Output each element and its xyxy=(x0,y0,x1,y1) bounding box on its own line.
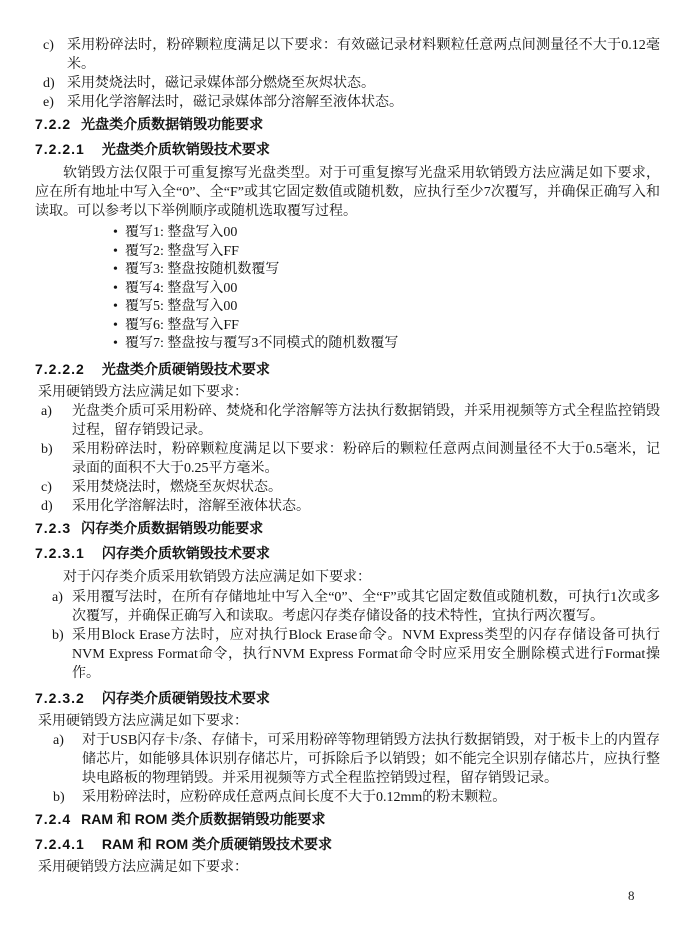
list-item-text: 对于USB闪存卡/条、存储卡，可采用粉碎等物理销毁方法执行数据销毁，对于板卡上的… xyxy=(82,731,660,788)
section-heading-7-2-2: 7.2.2 光盘类介质数据销毁功能要求 xyxy=(35,115,660,134)
optical-hard-destroy-list: a) 光盘类介质可采用粉碎、焚烧和化学溶解等方法执行数据销毁，并采用视频等方式全… xyxy=(35,402,660,516)
list-item: d) 采用焚烧法时，磁记录媒体部分燃烧至灰烬状态。 xyxy=(35,74,660,93)
intro-line-7-2-2-2: 采用硬销毁方法应满足如下要求： xyxy=(38,383,660,402)
list-item-text: 采用焚烧法时，磁记录媒体部分燃烧至灰烬状态。 xyxy=(67,74,660,93)
list-item: b) 采用Block Erase方法时，应对执行Block Erase命令。NV… xyxy=(35,626,660,683)
heading-number: 7.2.3.2 xyxy=(35,689,85,708)
list-item-text: 采用粉碎法时，粉碎颗粒度满足以下要求：粉碎后的颗粒任意两点间测量径不大于0.5毫… xyxy=(72,440,660,478)
list-item: a) 光盘类介质可采用粉碎、焚烧和化学溶解等方法执行数据销毁，并采用视频等方式全… xyxy=(35,402,660,440)
list-item-label: e) xyxy=(43,93,67,112)
list-item: e) 采用化学溶解法时，磁记录媒体部分溶解至液体状态。 xyxy=(35,93,660,112)
list-item-text: 采用覆写法时，在所有存储地址中写入全“0”、全“F”或其它固定数值或随机数，可执… xyxy=(72,588,660,626)
heading-number: 7.2.4 xyxy=(35,810,71,829)
overwrite-step: 覆写4: 整盘写入00 xyxy=(113,280,660,299)
list-item-label: d) xyxy=(43,74,67,93)
section-heading-7-2-2-1: 7.2.2.1 光盘类介质软销毁技术要求 xyxy=(35,140,660,159)
section-heading-7-2-3-1: 7.2.3.1 闪存类介质软销毁技术要求 xyxy=(35,544,660,563)
list-item-label: b) xyxy=(53,788,82,807)
overwrite-step-text: 覆写5: 整盘写入00 xyxy=(125,298,237,317)
list-item-label: a) xyxy=(53,731,82,788)
heading-title: 光盘类介质数据销毁功能要求 xyxy=(81,115,263,134)
list-item-text: 采用粉碎法时，应粉碎成任意两点间长度不大于0.12mm的粉末颗粒。 xyxy=(82,788,660,807)
heading-title: RAM 和 ROM 类介质硬销毁技术要求 xyxy=(102,835,332,854)
list-item-text: 采用Block Erase方法时，应对执行Block Erase命令。NVM E… xyxy=(72,626,660,683)
overwrite-step: 覆写1: 整盘写入00 xyxy=(113,224,660,243)
heading-title: 闪存类介质数据销毁功能要求 xyxy=(81,519,263,538)
heading-title: RAM 和 ROM 类介质数据销毁功能要求 xyxy=(81,810,325,829)
heading-number: 7.2.2.1 xyxy=(35,140,85,159)
heading-title: 闪存类介质硬销毁技术要求 xyxy=(102,689,270,708)
magnetic-media-list: c) 采用粉碎法时，粉碎颗粒度满足以下要求：有效磁记录材料颗粒任意两点间测量径不… xyxy=(35,36,660,112)
list-item: b) 采用粉碎法时，粉碎颗粒度满足以下要求：粉碎后的颗粒任意两点间测量径不大于0… xyxy=(35,440,660,478)
paragraph-soft-destroy-optical: 软销毁方法仅限于可重复擦写光盘类型。对于可重复擦写光盘采用软销毁方法应满足如下要… xyxy=(35,164,660,221)
heading-number: 7.2.2.2 xyxy=(35,360,85,379)
document-content: c) 采用粉碎法时，粉碎颗粒度满足以下要求：有效磁记录材料颗粒任意两点间测量径不… xyxy=(35,36,660,877)
list-item-label: a) xyxy=(41,402,72,440)
overwrite-step-text: 覆写3: 整盘按随机数覆写 xyxy=(125,261,279,280)
overwrite-step-text: 覆写2: 整盘写入FF xyxy=(125,243,239,262)
list-item-label: c) xyxy=(41,478,72,497)
section-heading-7-2-2-2: 7.2.2.2 光盘类介质硬销毁技术要求 xyxy=(35,360,660,379)
heading-title: 光盘类介质硬销毁技术要求 xyxy=(102,360,270,379)
page-number: 8 xyxy=(628,889,635,903)
list-item: b) 采用粉碎法时，应粉碎成任意两点间长度不大于0.12mm的粉末颗粒。 xyxy=(35,788,660,807)
list-item: a) 对于USB闪存卡/条、存储卡，可采用粉碎等物理销毁方法执行数据销毁，对于板… xyxy=(35,731,660,788)
list-item-text: 采用化学溶解法时，磁记录媒体部分溶解至液体状态。 xyxy=(67,93,660,112)
list-item-label: b) xyxy=(52,626,72,683)
intro-line-7-2-3-1: 对于闪存类介质采用软销毁方法应满足如下要求： xyxy=(35,568,660,587)
document-page: c) 采用粉碎法时，粉碎颗粒度满足以下要求：有效磁记录材料颗粒任意两点间测量径不… xyxy=(0,0,692,930)
list-item-text: 采用化学溶解法时，溶解至液体状态。 xyxy=(72,497,660,516)
overwrite-step-text: 覆写1: 整盘写入00 xyxy=(125,224,237,243)
flash-soft-destroy-list: a) 采用覆写法时，在所有存储地址中写入全“0”、全“F”或其它固定数值或随机数… xyxy=(35,588,660,683)
overwrite-steps-list: 覆写1: 整盘写入00 覆写2: 整盘写入FF 覆写3: 整盘按随机数覆写 覆写… xyxy=(35,224,660,354)
list-item: a) 采用覆写法时，在所有存储地址中写入全“0”、全“F”或其它固定数值或随机数… xyxy=(35,588,660,626)
intro-line-7-2-3-2: 采用硬销毁方法应满足如下要求： xyxy=(38,712,660,731)
list-item-text: 光盘类介质可采用粉碎、焚烧和化学溶解等方法执行数据销毁，并采用视频等方式全程监控… xyxy=(72,402,660,440)
flash-hard-destroy-list: a) 对于USB闪存卡/条、存储卡，可采用粉碎等物理销毁方法执行数据销毁，对于板… xyxy=(35,731,660,807)
heading-number: 7.2.2 xyxy=(35,115,71,134)
section-heading-7-2-4: 7.2.4 RAM 和 ROM 类介质数据销毁功能要求 xyxy=(35,810,660,829)
section-heading-7-2-3-2: 7.2.3.2 闪存类介质硬销毁技术要求 xyxy=(35,689,660,708)
list-item-label: a) xyxy=(52,588,72,626)
section-heading-7-2-3: 7.2.3 闪存类介质数据销毁功能要求 xyxy=(35,519,660,538)
heading-title: 光盘类介质软销毁技术要求 xyxy=(102,140,270,159)
overwrite-step-text: 覆写7: 整盘按与覆写3不同模式的随机数覆写 xyxy=(125,335,398,354)
section-heading-7-2-4-1: 7.2.4.1 RAM 和 ROM 类介质硬销毁技术要求 xyxy=(35,835,660,854)
overwrite-step: 覆写3: 整盘按随机数覆写 xyxy=(113,261,660,280)
list-item-label: b) xyxy=(41,440,72,478)
heading-title: 闪存类介质软销毁技术要求 xyxy=(102,544,270,563)
overwrite-step-text: 覆写4: 整盘写入00 xyxy=(125,280,237,299)
list-item-label: c) xyxy=(43,36,67,74)
list-item: c) 采用粉碎法时，粉碎颗粒度满足以下要求：有效磁记录材料颗粒任意两点间测量径不… xyxy=(35,36,660,74)
list-item: c) 采用焚烧法时，燃烧至灰烬状态。 xyxy=(35,478,660,497)
list-item: d) 采用化学溶解法时，溶解至液体状态。 xyxy=(35,497,660,516)
heading-number: 7.2.4.1 xyxy=(35,835,85,854)
overwrite-step: 覆写5: 整盘写入00 xyxy=(113,298,660,317)
intro-line-7-2-4-1: 采用硬销毁方法应满足如下要求： xyxy=(38,858,660,877)
overwrite-step-text: 覆写6: 整盘写入FF xyxy=(125,317,239,336)
list-item-label: d) xyxy=(41,497,72,516)
heading-number: 7.2.3.1 xyxy=(35,544,85,563)
list-item-text: 采用焚烧法时，燃烧至灰烬状态。 xyxy=(72,478,660,497)
list-item-text: 采用粉碎法时，粉碎颗粒度满足以下要求：有效磁记录材料颗粒任意两点间测量径不大于0… xyxy=(67,36,660,74)
overwrite-step: 覆写6: 整盘写入FF xyxy=(113,317,660,336)
overwrite-step: 覆写7: 整盘按与覆写3不同模式的随机数覆写 xyxy=(113,335,660,354)
overwrite-step: 覆写2: 整盘写入FF xyxy=(113,243,660,262)
heading-number: 7.2.3 xyxy=(35,519,71,538)
